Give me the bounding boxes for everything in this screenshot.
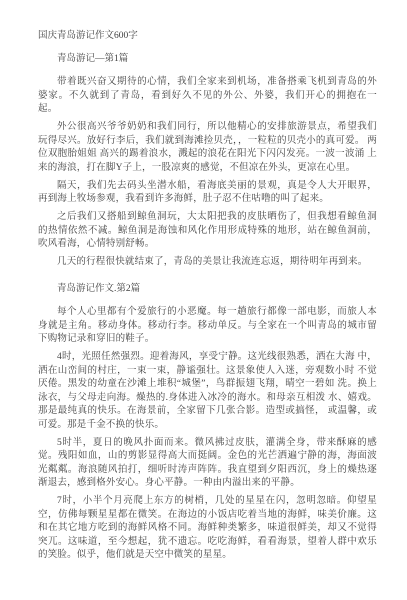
section-1-paragraph-2: 外公很高兴爷爷奶奶和我们同行，所以他精心的安排旅游景点，希望我们 玩得尽兴。放好…	[38, 121, 377, 175]
essay-section-1: 青岛游记—第1篇 带着既兴奋又期待的心情，我们全家来到机场，准备搭乘飞机到青岛的…	[38, 53, 377, 270]
section-1-paragraph-5: 几天的行程很快就结束了，青岛的美景让我流连忘返，期待明年再到来。	[38, 256, 377, 270]
essay-section-2: 青岛游记作文.第2篇 每个人心里都有个爱旅行的小恶魔。每一趟旅行都像一部电影，而…	[38, 283, 377, 563]
section-2-paragraph-1: 每个人心里都有个爱旅行的小恶魔。每一趟旅行都像一部电影，而旅人本 身就是主角。移…	[38, 306, 377, 347]
section-2-heading: 青岛游记作文.第2篇	[38, 283, 377, 297]
section-1-paragraph-3: 隔天，我们先去码头坐潜水船，看海底美丽的景观，真是令人大开眼界， 再到海上牧场参…	[38, 180, 377, 207]
document-title: 国庆青岛游记作文600字	[38, 30, 377, 44]
section-2-paragraph-4: 7时，小半个月亮爬上东方的树梢，几处的星星在闪，忽明忽暗。仰望星 空，仿佛每颗星…	[38, 495, 377, 563]
section-1-paragraph-1: 带着既兴奋又期待的心情，我们全家来到机场，准备搭乘飞机到青岛的外 婆家。不久就到…	[38, 76, 377, 117]
section-1-paragraph-4: 之后我们又搭船到鲸鱼洞玩，大太阳把我的皮肤晒伤了，但我想看鲸鱼洞 的热情依然不减…	[38, 211, 377, 252]
document-page: 国庆青岛游记作文600字 青岛游记—第1篇 带着既兴奋又期待的心情，我们全家来到…	[0, 0, 407, 600]
section-1-heading: 青岛游记—第1篇	[38, 53, 377, 67]
section-2-paragraph-3: 5时半，夏日的晚风扑面而来。微风拂过皮肤，灌满全身，带来酥麻的感 觉。残阳如血，…	[38, 437, 377, 491]
section-2-paragraph-2: 4时，光照任然强烈。迎着海风，享受宁静。这光线很熟悉，洒在大海 中，洒在山峦间的…	[38, 351, 377, 432]
